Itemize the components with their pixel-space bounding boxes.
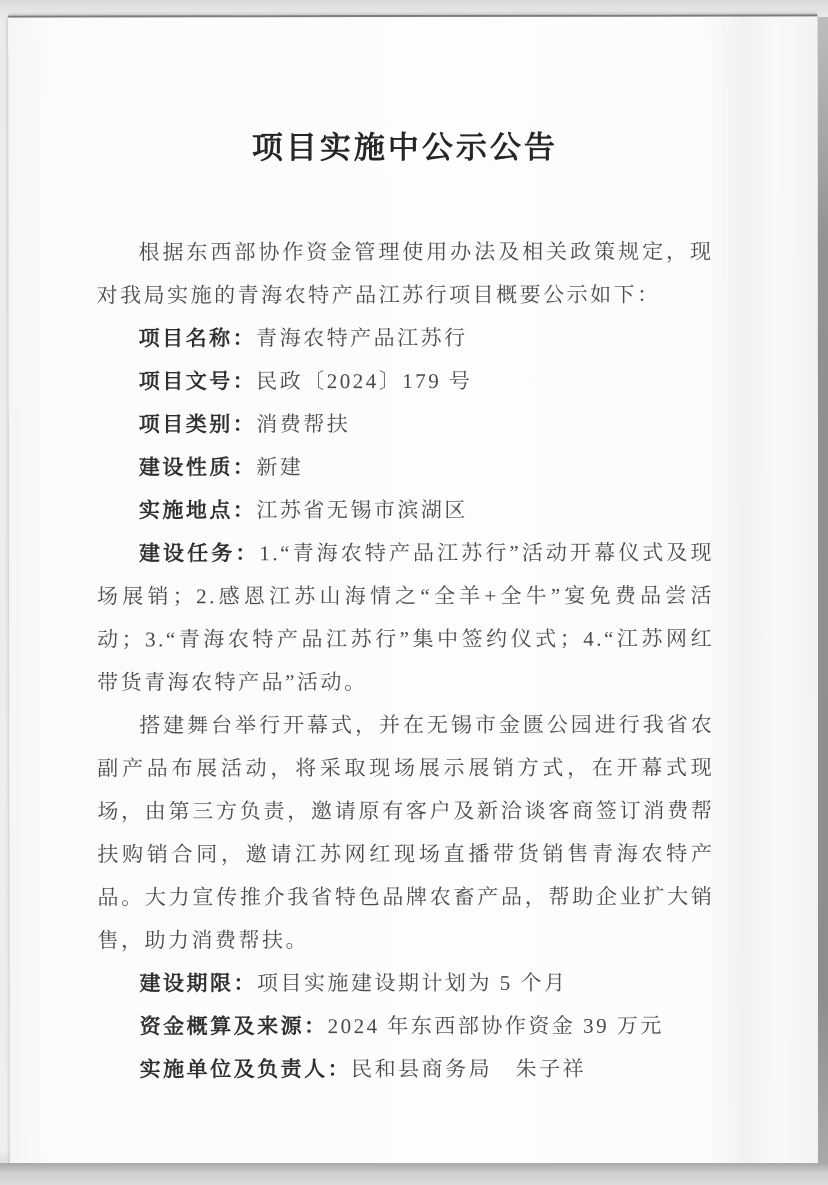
field-label: 建设性质： [139,456,257,479]
field-funding-source: 资金概算及来源：2024 年东西部协作资金 39 万元 [98,1005,715,1049]
document-photo: 项目实施中公示公告 根据东西部协作资金管理使用办法及相关政策规定，现对我局实施的… [0,0,828,1185]
field-label: 项目文号： [139,370,257,393]
field-project-name: 项目名称：青海农特产品江苏行 [97,317,714,361]
field-value: 消费帮扶 [256,412,350,436]
field-construction-nature: 建设性质：新建 [97,446,714,490]
field-value: 2024 年东西部协作资金 39 万元 [328,1014,664,1038]
field-value: 民和县商务局 朱子祥 [351,1057,586,1081]
field-project-category: 项目类别：消费帮扶 [97,403,714,447]
intro-paragraph: 根据东西部协作资金管理使用办法及相关政策规定，现对我局实施的青海农特产品江苏行项… [96,231,713,318]
document-title: 项目实施中公示公告 [96,129,713,168]
paper-sheet: 项目实施中公示公告 根据东西部协作资金管理使用办法及相关政策规定，现对我局实施的… [8,14,819,1165]
field-label: 实施单位及负责人： [140,1058,352,1081]
field-value: 项目实施建设期计划为 5 个月 [257,971,568,995]
field-value: 新建 [256,455,303,479]
field-label: 建设期限： [140,972,258,995]
field-label: 项目类别： [139,413,257,436]
field-label: 项目名称： [139,327,257,350]
field-implementation-location: 实施地点：江苏省无锡市滨湖区 [97,489,714,533]
field-value: 青海农特产品江苏行 [256,326,468,350]
field-label: 建设任务： [139,542,260,565]
field-construction-period: 建设期限：项目实施建设期计划为 5 个月 [98,962,715,1006]
body-paragraph: 搭建舞台举行开幕式，并在无锡市金匮公园进行我省农副产品布展活动，将采取现场展示展… [97,704,714,963]
field-document-number: 项目文号：民政〔2024〕179 号 [97,360,714,404]
field-label: 资金概算及来源： [140,1015,328,1038]
photo-bottom-edge-shadow [0,1163,828,1185]
photo-right-edge-shadow [818,17,828,1167]
field-value: 江苏省无锡市滨湖区 [256,498,468,522]
document-content: 项目实施中公示公告 根据东西部协作资金管理使用办法及相关政策规定，现对我局实施的… [96,17,714,1092]
field-construction-tasks: 建设任务：1.“青海农特产品江苏行”活动开幕仪式及现场展销；2.感恩江苏山海情之… [97,532,714,705]
field-label: 实施地点： [139,499,257,522]
field-value: 民政〔2024〕179 号 [256,369,472,393]
field-implementing-unit: 实施单位及负责人：民和县商务局 朱子祥 [98,1048,715,1092]
